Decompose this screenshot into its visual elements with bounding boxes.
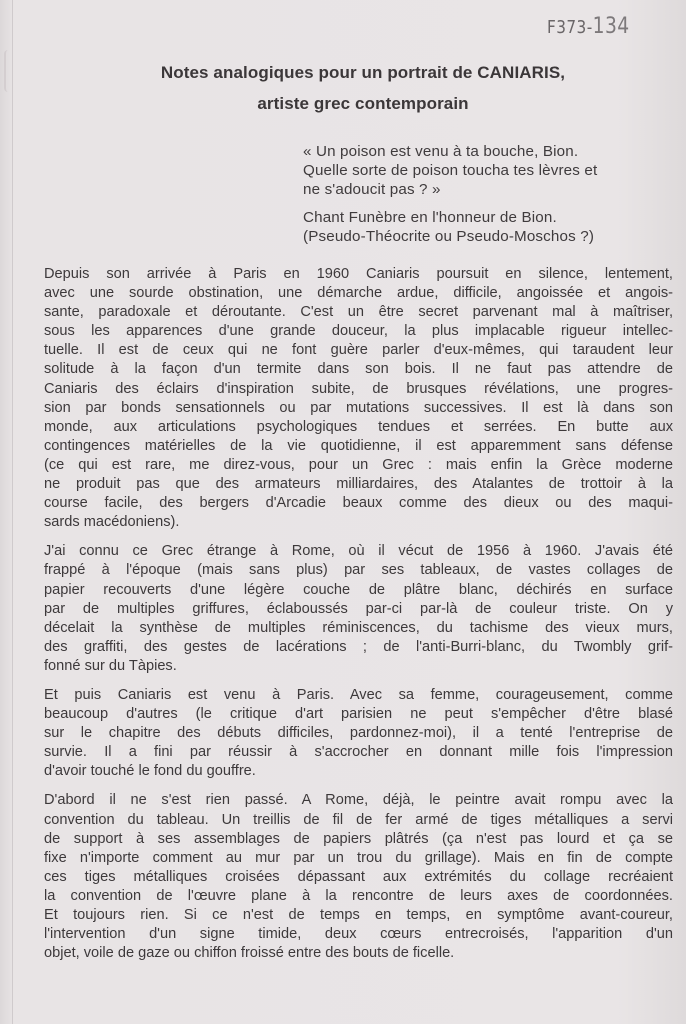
text-line: des graffiti, des gestes de lacérations … [44,638,673,657]
page-title-line-2: artiste grec contemporain [20,94,686,114]
epigraph: « Un poison est venu à ta bouche, Bion. … [303,142,678,246]
quote-line: « Un poison est venu à ta bouche, Bion. [303,142,678,161]
text-line: beaucoup d'autres (le critique d'art par… [44,705,673,724]
text-line: solitude à la façon d'un termite dans so… [44,360,673,379]
margin-mark [4,50,12,92]
text-line: D'abord il ne s'est rien passé. A Rome, … [44,791,673,810]
text-line: convention du tableau. Un treillis de fi… [44,811,673,830]
reference-prefix: F373- [547,17,593,38]
text-line: sante, paradoxale et déroutante. C'est u… [44,303,673,322]
archive-reference: F373-134 [547,14,630,39]
text-line: de support à ses assemblages de papiers … [44,830,673,849]
text-line: sous les apparences d'une grande douceur… [44,322,673,341]
source-line: Chant Funèbre en l'honneur de Bion. [303,208,678,227]
text-line: monde, aux articulations psychologiques … [44,418,673,437]
text-line: décelait la synthèse de multiples rémini… [44,619,673,638]
text-line: ne produit pas que des armateurs milliar… [44,475,673,494]
article-body: Depuis son arrivée à Paris en 1960 Cania… [44,265,673,973]
text-line: Caniaris des éclairs d'inspiration subit… [44,380,673,399]
paragraph: J'ai connu ce Grec étrange à Rome, où il… [44,542,673,676]
page-edge-shadow [12,0,13,1024]
text-line: J'ai connu ce Grec étrange à Rome, où il… [44,542,673,561]
text-line: contingences matérielles de la vie quoti… [44,437,673,456]
text-line: avec une sourde obstination, une démarch… [44,284,673,303]
text-line: objet, voile de gaze ou chiffon froissé … [44,944,673,963]
page-title-line-1: Notes analogiques pour un portrait de CA… [20,63,686,83]
source-line: (Pseudo-Théocrite ou Pseudo-Moschos ?) [303,227,678,246]
document-page: F373-134 Notes analogiques pour un portr… [0,0,686,1024]
text-line: fixe n'importe comment au mur par un tro… [44,849,673,868]
paragraph: D'abord il ne s'est rien passé. A Rome, … [44,791,673,963]
text-line: tuelle. Il est de ceux qui ne font guère… [44,341,673,360]
epigraph-source: Chant Funèbre en l'honneur de Bion. (Pse… [303,208,678,246]
text-line: la convention de l'œuvre plane à la renc… [44,887,673,906]
text-line: survie. Il a fini par réussir à s'accroc… [44,743,673,762]
text-line: sur le chapitre des débuts difficiles, p… [44,724,673,743]
text-line: course facile, des bergers d'Arcadie bea… [44,494,673,513]
text-line: frappé à l'époque (mais sans plus) par s… [44,561,673,580]
quote-line: ne s'adoucit pas ? » [303,180,678,199]
text-line: sards macédoniens). [44,513,673,532]
text-line: Et toujours rien. Si ce n'est de temps e… [44,906,673,925]
text-line: ces tiges métalliques croisées dépassant… [44,868,673,887]
quote-line: Quelle sorte de poison toucha tes lèvres… [303,161,678,180]
text-line: l'intervention d'un signe timide, deux c… [44,925,673,944]
reference-number: 134 [593,14,630,39]
text-line: Depuis son arrivée à Paris en 1960 Cania… [44,265,673,284]
text-line: d'avoir touché le fond du gouffre. [44,762,673,781]
text-line: par de multiples griffures, éclaboussés … [44,600,673,619]
text-line: sion par bonds sensationnels ou par muta… [44,399,673,418]
text-line: (ce qui est rare, me direz-vous, pour un… [44,456,673,475]
paragraph: Depuis son arrivée à Paris en 1960 Cania… [44,265,673,532]
text-line: fonné sur du Tàpies. [44,657,673,676]
text-line: papier recouverts d'une légère couche de… [44,581,673,600]
text-line: Et puis Caniaris est venu à Paris. Avec … [44,686,673,705]
paragraph: Et puis Caniaris est venu à Paris. Avec … [44,686,673,781]
epigraph-quote: « Un poison est venu à ta bouche, Bion. … [303,142,678,199]
